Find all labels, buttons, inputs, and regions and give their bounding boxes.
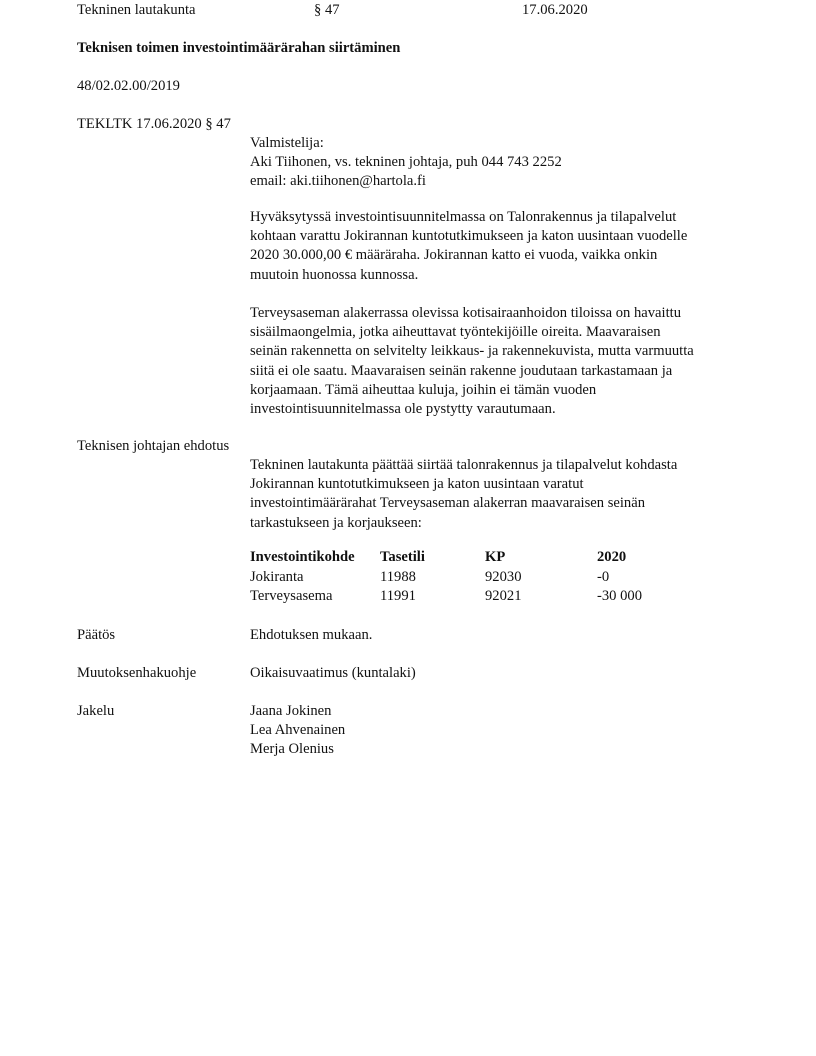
- paragraph-line: tarkastukseen ja korjaukseen:: [250, 514, 740, 533]
- column-header: Investointikohde: [250, 549, 380, 569]
- table-cell: Jokiranta: [250, 569, 380, 589]
- proposal-label: Teknisen johtajan ehdotus: [77, 437, 229, 456]
- distribution-name: Lea Ahvenainen: [250, 721, 345, 740]
- paragraph-line: kohtaan varattu Jokirannan kuntotutkimuk…: [250, 227, 740, 246]
- preparer-block: Valmistelija: Aki Tiihonen, vs. tekninen…: [250, 134, 740, 192]
- document-title: Teknisen toimen investointimäärärahan si…: [77, 39, 400, 58]
- preparer-label: Valmistelija:: [250, 134, 740, 153]
- distribution-name: Merja Olenius: [250, 740, 345, 759]
- table-cell: 11988: [380, 569, 485, 589]
- table-cell: Terveysasema: [250, 588, 380, 608]
- column-header: KP: [485, 549, 597, 569]
- distribution-list: Jaana Jokinen Lea Ahvenainen Merja Oleni…: [250, 702, 345, 759]
- table-row: Jokiranta 11988 92030 -0: [250, 569, 697, 589]
- table-row: Terveysasema 11991 92021 -30 000: [250, 588, 697, 608]
- paragraph-line: Hyväksytyssä investointisuunnitelmassa o…: [250, 208, 740, 227]
- column-header: 2020: [597, 549, 697, 569]
- paragraph-line: investointimäärärahat Terveysaseman alak…: [250, 494, 740, 513]
- appeal-label: Muutoksenhakuohje: [77, 664, 196, 683]
- paragraph-line: sisäilmaongelmia, jotka aiheuttavat työn…: [250, 323, 740, 342]
- appeal-value: Oikaisuvaatimus (kuntalaki): [250, 664, 416, 683]
- record-number: 48/02.02.00/2019: [77, 77, 180, 96]
- paragraph-issue: Terveysaseman alakerrassa olevissa kotis…: [250, 304, 740, 419]
- preparer-email: email: aki.tiihonen@hartola.fi: [250, 172, 740, 191]
- column-header: Tasetili: [380, 549, 485, 569]
- table-cell: 92030: [485, 569, 597, 589]
- decision-label: Päätös: [77, 626, 115, 645]
- paragraph-line: korjaamaan. Tämä aiheuttaa kuluja, joihi…: [250, 381, 740, 400]
- paragraph-line: muutoin huonossa kunnossa.: [250, 266, 740, 285]
- committee-name: Tekninen lautakunta: [77, 1, 196, 20]
- paragraph-line: investointisuunnitelmassa ole pystytty v…: [250, 400, 740, 419]
- meeting-reference: TEKLTK 17.06.2020 § 47: [77, 115, 231, 134]
- table-cell: -30 000: [597, 588, 697, 608]
- meeting-date: 17.06.2020: [522, 1, 588, 20]
- table-header-row: Investointikohde Tasetili KP 2020: [250, 549, 697, 569]
- distribution-label: Jakelu: [77, 702, 114, 721]
- paragraph-line: Jokirannan kuntotutkimukseen ja katon uu…: [250, 475, 740, 494]
- paragraph-line: 2020 30.000,00 € määräraha. Jokirannan k…: [250, 246, 740, 265]
- investment-table: Investointikohde Tasetili KP 2020 Jokira…: [250, 549, 697, 608]
- paragraph-line: Tekninen lautakunta päättää siirtää talo…: [250, 456, 740, 475]
- table-cell: 92021: [485, 588, 597, 608]
- paragraph-line: siitä ei ole saatu. Maavaraisen seinän r…: [250, 362, 740, 381]
- distribution-name: Jaana Jokinen: [250, 702, 345, 721]
- table-cell: -0: [597, 569, 697, 589]
- paragraph-line: Terveysaseman alakerrassa olevissa kotis…: [250, 304, 740, 323]
- decision-value: Ehdotuksen mukaan.: [250, 626, 372, 645]
- table-cell: 11991: [380, 588, 485, 608]
- proposal-text: Tekninen lautakunta päättää siirtää talo…: [250, 456, 740, 533]
- section-number: § 47: [314, 1, 340, 20]
- preparer-name: Aki Tiihonen, vs. tekninen johtaja, puh …: [250, 153, 740, 172]
- paragraph-line: seinän rakennetta on selvitelty leikkaus…: [250, 342, 740, 361]
- paragraph-background: Hyväksytyssä investointisuunnitelmassa o…: [250, 208, 740, 285]
